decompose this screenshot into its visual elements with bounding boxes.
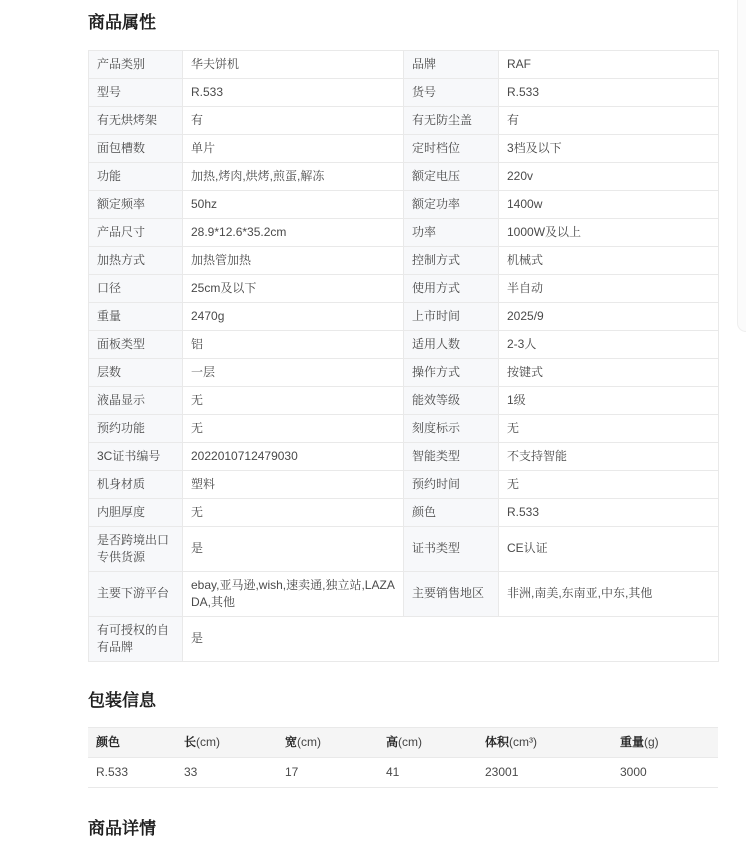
attributes-section-title: 商品属性	[88, 14, 718, 33]
attr-value-cell: 铝	[183, 330, 404, 358]
attr-label-cell: 内胆厚度	[89, 498, 183, 526]
attr-row: 预约功能无刻度标示无	[89, 414, 719, 442]
page-scrollbar-thumb[interactable]	[737, 0, 746, 332]
attr-value-cell: 半自动	[499, 274, 719, 302]
packaging-data-cell: 33	[176, 758, 277, 788]
attr-row: 层数一层操作方式按键式	[89, 358, 719, 386]
attr-value-cell: 2470g	[183, 302, 404, 330]
attr-label-cell: 3C证书编号	[89, 442, 183, 470]
attr-value-cell: 加热管加热	[183, 246, 404, 274]
packaging-data-cell: 41	[378, 758, 477, 788]
packaging-column-unit: (cm)	[398, 735, 422, 749]
attr-label-cell: 主要下游平台	[89, 571, 183, 616]
attr-row: 面板类型铝适用人数2-3人	[89, 330, 719, 358]
packaging-column-name: 颜色	[96, 735, 120, 749]
attr-value-cell: 不支持智能	[499, 442, 719, 470]
attr-label-cell: 适用人数	[404, 330, 499, 358]
packaging-column-name: 体积	[485, 735, 509, 749]
attr-value-cell: 无	[183, 386, 404, 414]
packaging-data-cell: 23001	[477, 758, 612, 788]
attr-label-cell: 智能类型	[404, 442, 499, 470]
packaging-column-name: 高	[386, 735, 398, 749]
packaging-column-unit: (cm)	[297, 735, 321, 749]
attr-value-cell: CE认证	[499, 526, 719, 571]
attr-value-cell: 25cm及以下	[183, 274, 404, 302]
attr-row: 有无烘烤架有有无防尘盖有	[89, 106, 719, 134]
packaging-data-row: R.533331741230013000	[88, 758, 718, 788]
packaging-header-row: 颜色长(cm)宽(cm)高(cm)体积(cm³)重量(g)	[88, 728, 718, 758]
packaging-column-header: 体积(cm³)	[477, 728, 612, 758]
attr-value-cell: R.533	[499, 498, 719, 526]
attr-row: 功能加热,烤肉,烘烤,煎蛋,解冻额定电压220v	[89, 162, 719, 190]
packaging-column-header: 重量(g)	[612, 728, 718, 758]
attr-value-cell: 2022010712479030	[183, 442, 404, 470]
attr-value-cell: 单片	[183, 134, 404, 162]
packaging-column-header: 颜色	[88, 728, 176, 758]
attr-value-cell: 1000W及以上	[499, 218, 719, 246]
packaging-column-header: 高(cm)	[378, 728, 477, 758]
attr-label-cell: 口径	[89, 274, 183, 302]
packaging-column-name: 长	[184, 735, 196, 749]
attr-value-cell: ebay,亚马逊,wish,速卖通,独立站,LAZADA,其他	[183, 571, 404, 616]
attr-label-cell: 层数	[89, 358, 183, 386]
attr-row: 液晶显示无能效等级1级	[89, 386, 719, 414]
attr-value-cell: 无	[499, 414, 719, 442]
attr-label-cell: 额定频率	[89, 190, 183, 218]
attr-row: 主要下游平台ebay,亚马逊,wish,速卖通,独立站,LAZADA,其他主要销…	[89, 571, 719, 616]
attr-value-cell: 28.9*12.6*35.2cm	[183, 218, 404, 246]
packaging-column-unit: (cm)	[196, 735, 220, 749]
attr-label-cell: 有无烘烤架	[89, 106, 183, 134]
attr-label-cell: 面包槽数	[89, 134, 183, 162]
packaging-column-header: 宽(cm)	[277, 728, 378, 758]
attr-label-cell: 证书类型	[404, 526, 499, 571]
packaging-data-cell: R.533	[88, 758, 176, 788]
attr-label-cell: 货号	[404, 78, 499, 106]
attr-label-cell: 产品尺寸	[89, 218, 183, 246]
attr-value-cell: 有	[499, 106, 719, 134]
packaging-column-name: 重量	[620, 735, 644, 749]
attr-value-cell: 有	[183, 106, 404, 134]
attr-row: 产品尺寸28.9*12.6*35.2cm功率1000W及以上	[89, 218, 719, 246]
attr-row: 额定频率50hz额定功率1400w	[89, 190, 719, 218]
attr-label-cell: 定时档位	[404, 134, 499, 162]
attr-label-cell: 能效等级	[404, 386, 499, 414]
attr-row: 内胆厚度无颜色R.533	[89, 498, 719, 526]
attr-value-cell: 220v	[499, 162, 719, 190]
attr-label-cell: 产品类别	[89, 50, 183, 78]
packaging-data-cell: 17	[277, 758, 378, 788]
attr-value-cell: 2025/9	[499, 302, 719, 330]
attr-value-cell: 非洲,南美,东南亚,中东,其他	[499, 571, 719, 616]
attr-value-cell: 一层	[183, 358, 404, 386]
attr-row: 型号R.533货号R.533	[89, 78, 719, 106]
attr-row: 有可授权的自有品牌是	[89, 616, 719, 661]
attr-value-cell: R.533	[499, 78, 719, 106]
attr-label-cell: 预约时间	[404, 470, 499, 498]
attr-label-cell: 加热方式	[89, 246, 183, 274]
attr-label-cell: 功能	[89, 162, 183, 190]
attr-value-cell: R.533	[183, 78, 404, 106]
attr-label-cell: 型号	[89, 78, 183, 106]
attr-row: 是否跨境出口专供货源是证书类型CE认证	[89, 526, 719, 571]
attr-row: 机身材质塑料预约时间无	[89, 470, 719, 498]
attr-value-cell: 加热,烤肉,烘烤,煎蛋,解冻	[183, 162, 404, 190]
attr-label-cell: 操作方式	[404, 358, 499, 386]
attr-row: 口径25cm及以下使用方式半自动	[89, 274, 719, 302]
packaging-data-cell: 3000	[612, 758, 718, 788]
attr-value-cell: 按键式	[499, 358, 719, 386]
attr-value-cell: 1400w	[499, 190, 719, 218]
attr-label-cell: 是否跨境出口专供货源	[89, 526, 183, 571]
attr-label-cell: 上市时间	[404, 302, 499, 330]
attr-label-cell: 有可授权的自有品牌	[89, 616, 183, 661]
packaging-section-title: 包装信息	[88, 692, 718, 711]
attr-value-cell: 是	[183, 526, 404, 571]
page-scrollbar-track[interactable]	[737, 0, 746, 864]
attr-label-cell: 额定功率	[404, 190, 499, 218]
attr-row: 产品类别华夫饼机品牌RAF	[89, 50, 719, 78]
attr-row: 面包槽数单片定时档位3档及以下	[89, 134, 719, 162]
packaging-table: 颜色长(cm)宽(cm)高(cm)体积(cm³)重量(g) R.53333174…	[88, 727, 718, 788]
attr-row: 重量2470g上市时间2025/9	[89, 302, 719, 330]
attr-value-cell: 机械式	[499, 246, 719, 274]
attr-label-cell: 额定电压	[404, 162, 499, 190]
attr-value-cell: 华夫饼机	[183, 50, 404, 78]
attr-value-cell: 1级	[499, 386, 719, 414]
attr-row: 3C证书编号2022010712479030智能类型不支持智能	[89, 442, 719, 470]
attr-label-cell: 面板类型	[89, 330, 183, 358]
attr-label-cell: 使用方式	[404, 274, 499, 302]
attr-label-cell: 机身材质	[89, 470, 183, 498]
attr-label-cell: 颜色	[404, 498, 499, 526]
packaging-column-unit: (cm³)	[509, 735, 537, 749]
attributes-table: 产品类别华夫饼机品牌RAF型号R.533货号R.533有无烘烤架有有无防尘盖有面…	[88, 50, 719, 662]
attr-label-cell: 有无防尘盖	[404, 106, 499, 134]
attr-value-cell: 无	[183, 498, 404, 526]
attr-value-cell: 50hz	[183, 190, 404, 218]
attr-label-cell: 预约功能	[89, 414, 183, 442]
attr-value-cell: 是	[183, 616, 719, 661]
attr-label-cell: 品牌	[404, 50, 499, 78]
attr-label-cell: 液晶显示	[89, 386, 183, 414]
attr-value-cell: 2-3人	[499, 330, 719, 358]
attr-value-cell: 无	[183, 414, 404, 442]
details-section-title: 商品详情	[88, 820, 718, 839]
attr-value-cell: 无	[499, 470, 719, 498]
attr-row: 加热方式加热管加热控制方式机械式	[89, 246, 719, 274]
attr-label-cell: 功率	[404, 218, 499, 246]
packaging-column-name: 宽	[285, 735, 297, 749]
attr-value-cell: 塑料	[183, 470, 404, 498]
product-spec-content: 商品属性 产品类别华夫饼机品牌RAF型号R.533货号R.533有无烘烤架有有无…	[88, 0, 718, 839]
attr-value-cell: RAF	[499, 50, 719, 78]
packaging-column-unit: (g)	[644, 735, 659, 749]
attr-label-cell: 主要销售地区	[404, 571, 499, 616]
attr-label-cell: 控制方式	[404, 246, 499, 274]
packaging-column-header: 长(cm)	[176, 728, 277, 758]
attr-label-cell: 重量	[89, 302, 183, 330]
attr-label-cell: 刻度标示	[404, 414, 499, 442]
attr-value-cell: 3档及以下	[499, 134, 719, 162]
